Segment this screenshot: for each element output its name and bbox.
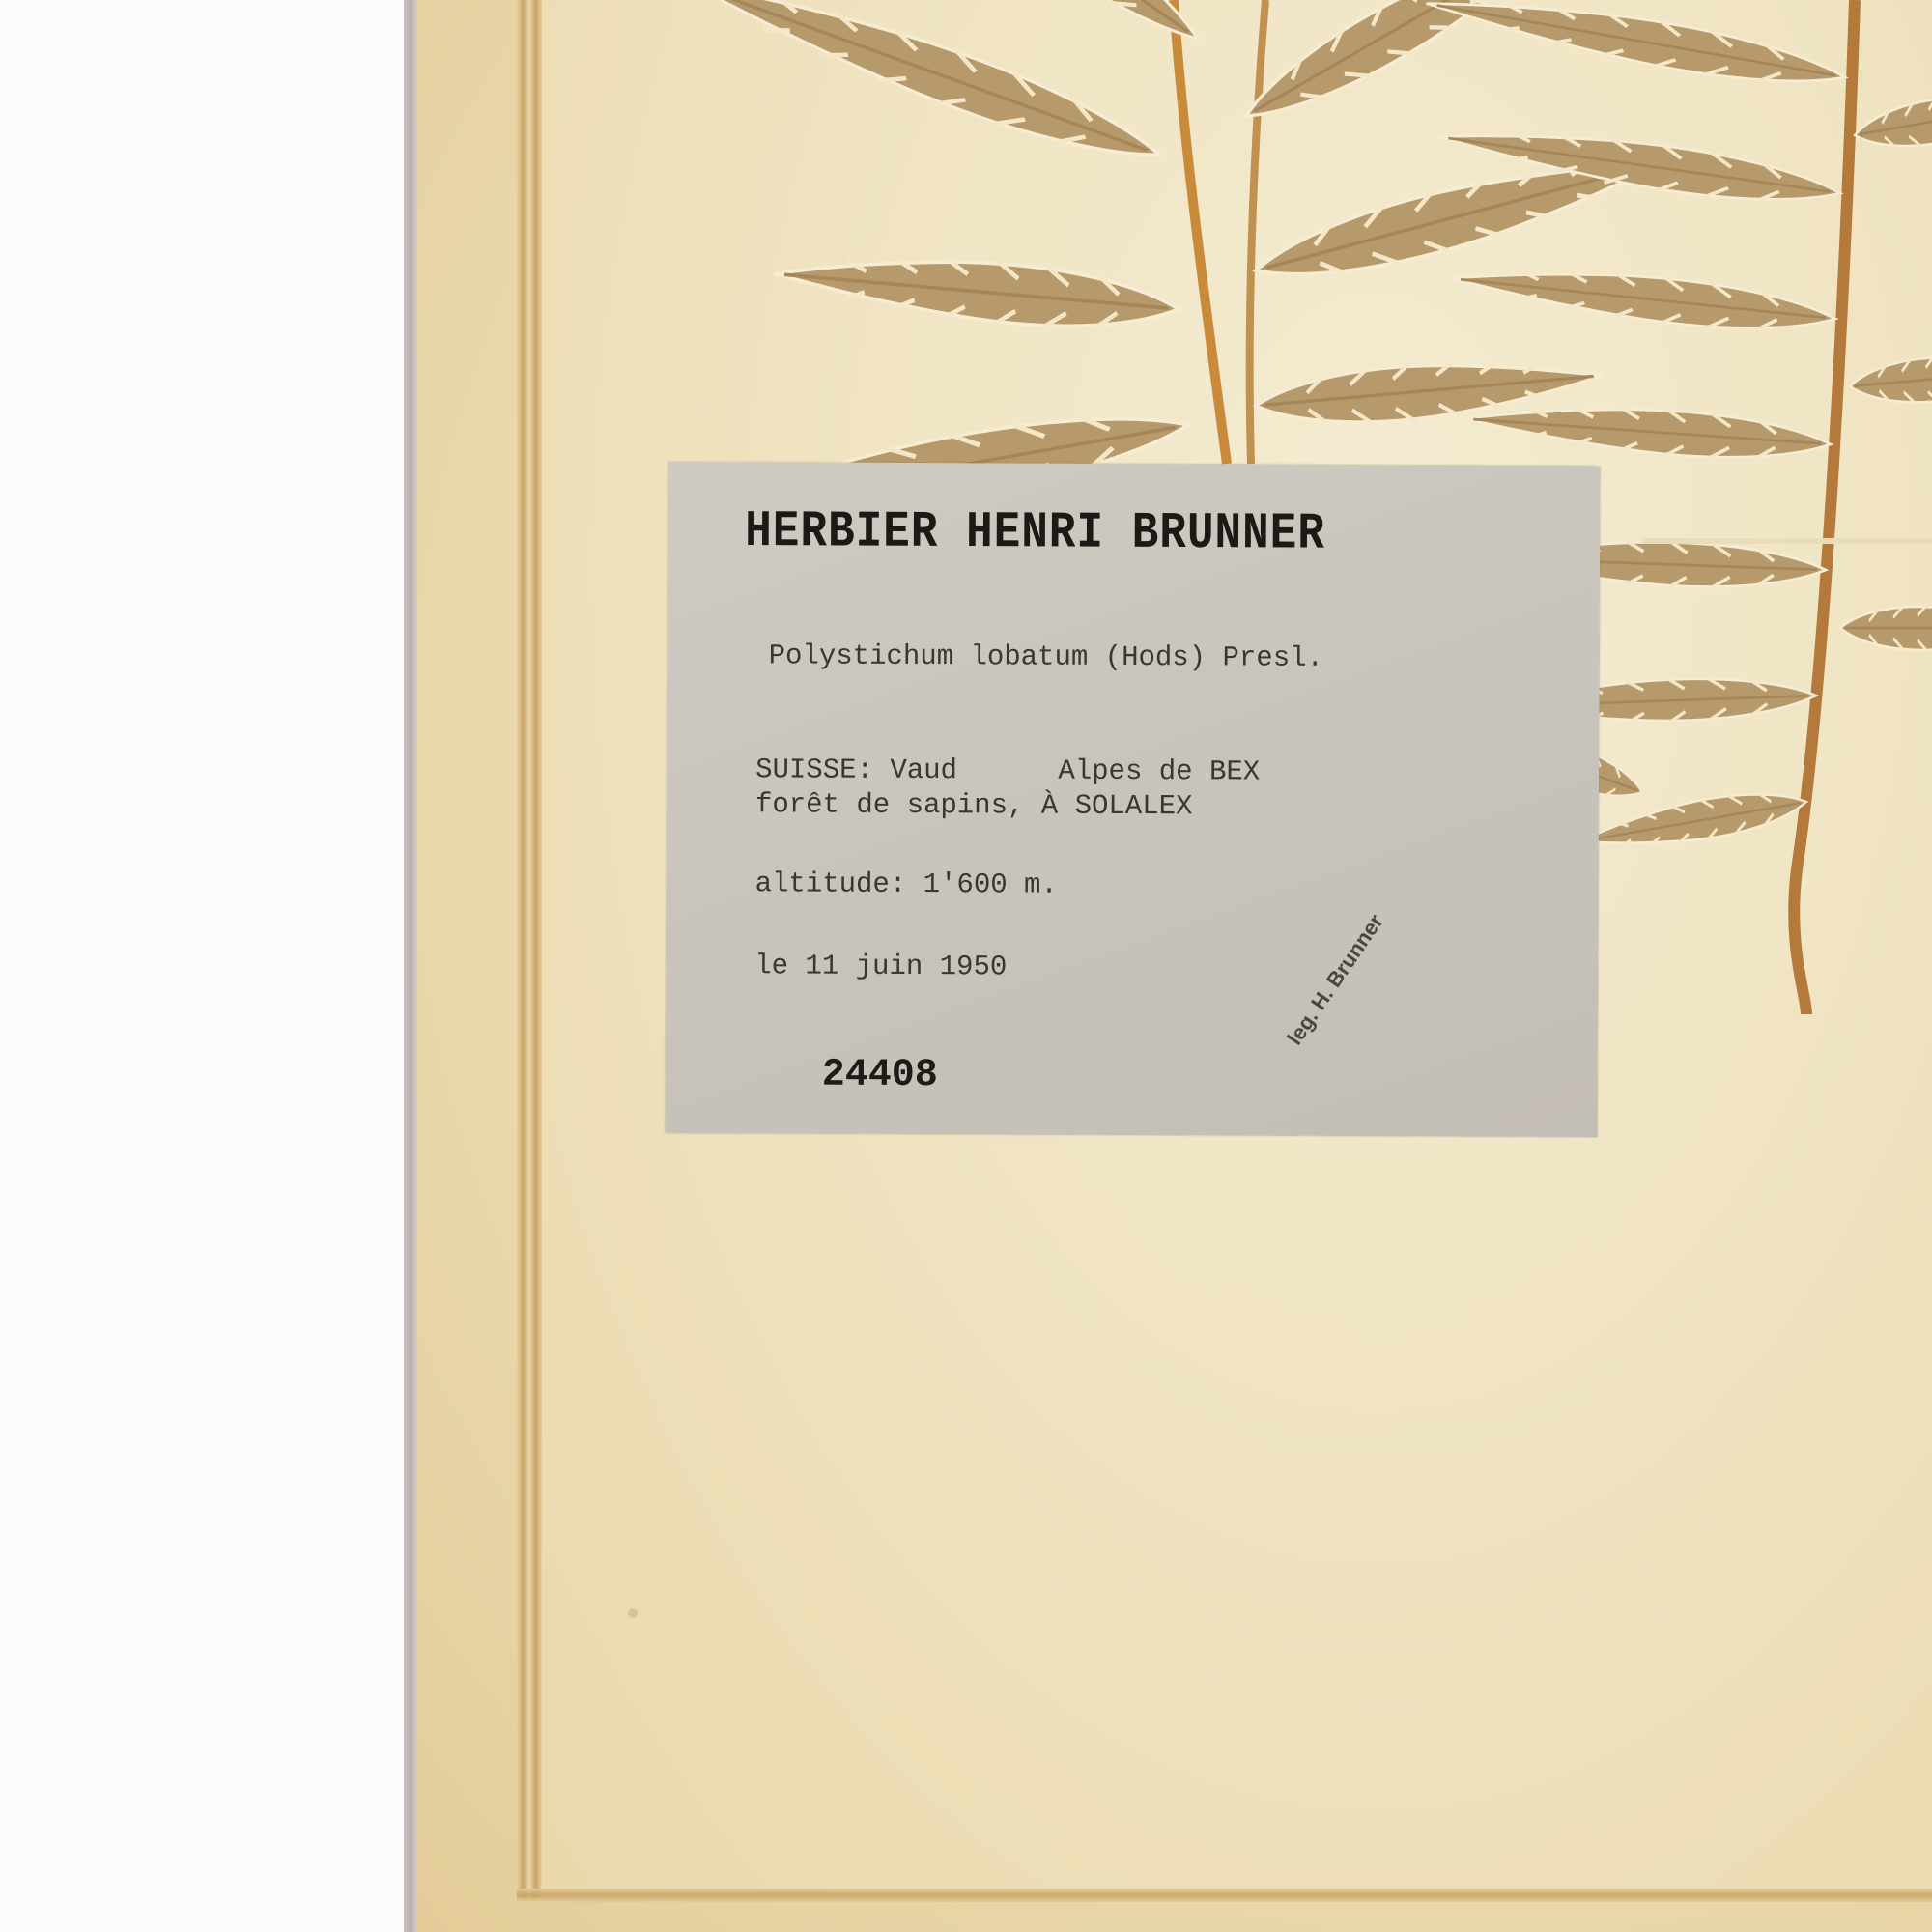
label-location-line-1: SUISSE: Vaud Alpes de BEX xyxy=(755,753,1260,787)
label-catalog-number: 24408 xyxy=(822,1054,938,1098)
paper-speck xyxy=(628,1608,638,1618)
specimen-label: HERBIER HENRI BRUNNER Polystichum lobatu… xyxy=(665,462,1600,1137)
collector-stamp: leg. H. Brunner xyxy=(1282,910,1388,1050)
label-header: HERBIER HENRI BRUNNER xyxy=(745,502,1325,562)
label-species: Polystichum lobatum (Hods) Presl. xyxy=(769,639,1323,674)
label-location-line-2: forêt de sapins, À SOLALEX xyxy=(755,788,1193,822)
label-altitude: altitude: 1'600 m. xyxy=(755,867,1058,900)
herbarium-photo: HERBIER HENRI BRUNNER Polystichum lobatu… xyxy=(0,0,1932,1932)
label-date: le 11 juin 1950 xyxy=(754,950,1007,982)
